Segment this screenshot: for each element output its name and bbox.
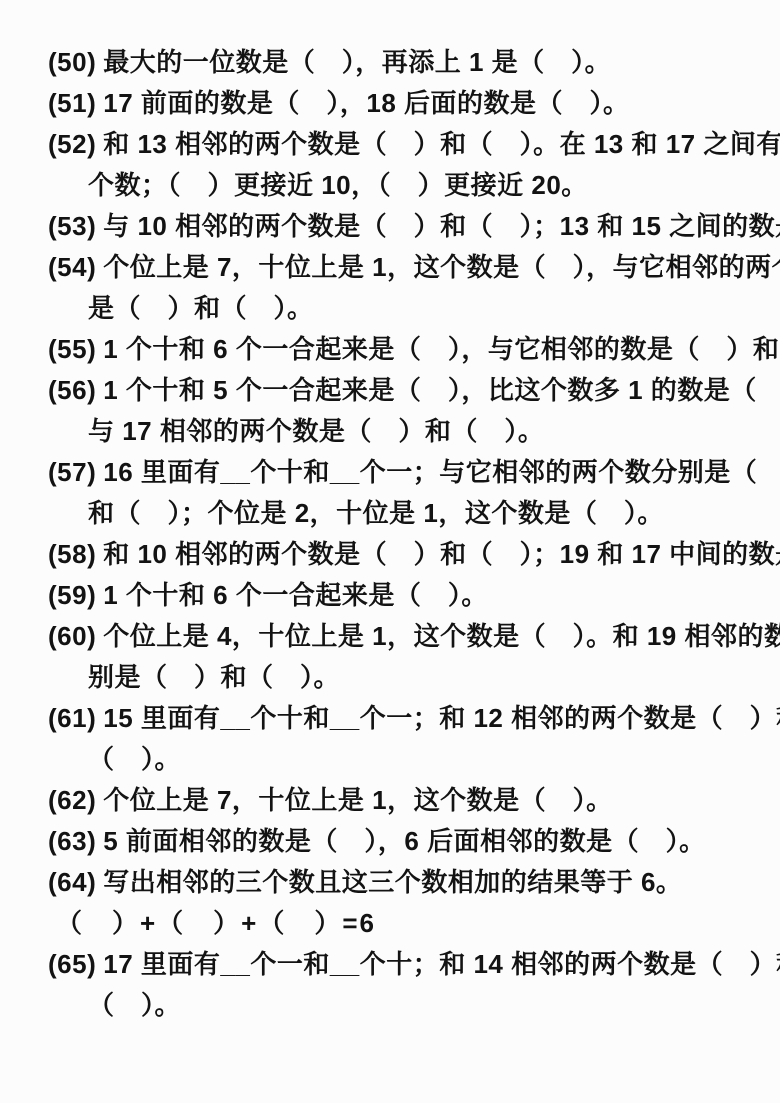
question-63: (63)5 前面相邻的数是（ ），6 后面相邻的数是（ ）。 <box>48 821 760 862</box>
question-55-text: 1 个十和 6 个一合起来是（ ），与它相邻的数是（ ）和（ ）。 <box>103 334 780 364</box>
question-59-text: 1 个十和 6 个一合起来是（ ）。 <box>103 580 488 610</box>
question-62-number: (62) <box>48 785 96 815</box>
question-63-text: 5 前面相邻的数是（ ），6 后面相邻的数是（ ）。 <box>103 826 705 856</box>
question-62: (62)个位上是 7，十位上是 1，这个数是（ ）。 <box>48 780 760 821</box>
question-56-line-1: (56)1 个十和 5 个一合起来是（ ），比这个数多 1 的数是（ ）， <box>48 370 760 411</box>
question-59-line-1: (59)1 个十和 6 个一合起来是（ ）。 <box>48 575 760 616</box>
question-65-number: (65) <box>48 949 96 979</box>
question-65-text: 17 里面有__个一和__个十；和 14 相邻的两个数是（ ）和 <box>103 949 780 979</box>
question-50-line-1: (50)最大的一位数是（ ），再添上 1 是（ ）。 <box>48 42 760 83</box>
question-60-text: 个位上是 4，十位上是 1，这个数是（ ）。和 19 相邻的数分 <box>103 621 780 651</box>
worksheet-page: (50)最大的一位数是（ ），再添上 1 是（ ）。 (51)17 前面的数是（… <box>0 0 780 1103</box>
question-54-line-1: (54)个位上是 7，十位上是 1，这个数是（ ），与它相邻的两个数 <box>48 247 760 288</box>
question-55-number: (55) <box>48 334 96 364</box>
question-65-line-2: （ ）。 <box>48 985 760 1026</box>
question-61-number: (61) <box>48 703 96 733</box>
question-64: (64)写出相邻的三个数且这三个数相加的结果等于 6。 （ ）+（ ）+（ ）=… <box>48 862 760 944</box>
question-61: (61)15 里面有__个十和__个一；和 12 相邻的两个数是（ ）和 （ ）… <box>48 698 760 780</box>
question-58-text: 和 10 相邻的两个数是（ ）和（ ）；19 和 17 中间的数是（ ）。 <box>103 539 780 569</box>
question-56: (56)1 个十和 5 个一合起来是（ ），比这个数多 1 的数是（ ）， 与 … <box>48 370 760 452</box>
question-61-line-2: （ ）。 <box>48 739 760 780</box>
question-61-text: 15 里面有__个十和__个一；和 12 相邻的两个数是（ ）和 <box>103 703 780 733</box>
question-55: (55)1 个十和 6 个一合起来是（ ），与它相邻的数是（ ）和（ ）。 <box>48 329 760 370</box>
question-50: (50)最大的一位数是（ ），再添上 1 是（ ）。 <box>48 42 760 83</box>
question-52-text: 和 13 相邻的两个数是（ ）和（ ）。在 13 和 17 之间有（ ） <box>103 129 780 159</box>
question-56-line-2: 与 17 相邻的两个数是（ ）和（ ）。 <box>48 411 760 452</box>
question-58: (58)和 10 相邻的两个数是（ ）和（ ）；19 和 17 中间的数是（ ）… <box>48 534 760 575</box>
question-55-line-1: (55)1 个十和 6 个一合起来是（ ），与它相邻的数是（ ）和（ ）。 <box>48 329 760 370</box>
question-51-line-1: (51)17 前面的数是（ ），18 后面的数是（ ）。 <box>48 83 760 124</box>
question-59-number: (59) <box>48 580 96 610</box>
question-57-text: 16 里面有__个十和__个一；与它相邻的两个数分别是（ ） <box>103 457 780 487</box>
question-64-text: 写出相邻的三个数且这三个数相加的结果等于 6。 <box>103 867 682 897</box>
question-59: (59)1 个十和 6 个一合起来是（ ）。 <box>48 575 760 616</box>
question-52-line-1: (52)和 13 相邻的两个数是（ ）和（ ）。在 13 和 17 之间有（ ） <box>48 124 760 165</box>
question-62-line-1: (62)个位上是 7，十位上是 1，这个数是（ ）。 <box>48 780 760 821</box>
question-60: (60)个位上是 4，十位上是 1，这个数是（ ）。和 19 相邻的数分 别是（… <box>48 616 760 698</box>
question-58-number: (58) <box>48 539 96 569</box>
question-51-number: (51) <box>48 88 96 118</box>
question-65-line-1: (65)17 里面有__个一和__个十；和 14 相邻的两个数是（ ）和 <box>48 944 760 985</box>
question-53-number: (53) <box>48 211 96 241</box>
question-56-text: 1 个十和 5 个一合起来是（ ），比这个数多 1 的数是（ ）， <box>103 375 780 405</box>
question-64-line-1: (64)写出相邻的三个数且这三个数相加的结果等于 6。 <box>48 862 760 903</box>
question-52: (52)和 13 相邻的两个数是（ ）和（ ）。在 13 和 17 之间有（ ）… <box>48 124 760 206</box>
question-53: (53)与 10 相邻的两个数是（ ）和（ ）；13 和 15 之间的数是（ ）… <box>48 206 760 247</box>
question-54-number: (54) <box>48 252 96 282</box>
question-64-equation: （ ）+（ ）+（ ）=6 <box>48 903 760 944</box>
question-57-line-2: 和（ ）；个位是 2，十位是 1，这个数是（ ）。 <box>48 493 760 534</box>
question-63-number: (63) <box>48 826 96 856</box>
question-50-number: (50) <box>48 47 96 77</box>
question-58-line-1: (58)和 10 相邻的两个数是（ ）和（ ）；19 和 17 中间的数是（ ）… <box>48 534 760 575</box>
question-57-number: (57) <box>48 457 96 487</box>
question-63-line-1: (63)5 前面相邻的数是（ ），6 后面相邻的数是（ ）。 <box>48 821 760 862</box>
question-53-line-1: (53)与 10 相邻的两个数是（ ）和（ ）；13 和 15 之间的数是（ ）… <box>48 206 760 247</box>
question-60-number: (60) <box>48 621 96 651</box>
question-51: (51)17 前面的数是（ ），18 后面的数是（ ）。 <box>48 83 760 124</box>
question-64-number: (64) <box>48 867 96 897</box>
question-52-number: (52) <box>48 129 96 159</box>
question-56-number: (56) <box>48 375 96 405</box>
question-53-text: 与 10 相邻的两个数是（ ）和（ ）；13 和 15 之间的数是（ ）。 <box>103 211 780 241</box>
question-57: (57)16 里面有__个十和__个一；与它相邻的两个数分别是（ ） 和（ ）；… <box>48 452 760 534</box>
question-54-text: 个位上是 7，十位上是 1，这个数是（ ），与它相邻的两个数 <box>103 252 780 282</box>
question-54: (54)个位上是 7，十位上是 1，这个数是（ ），与它相邻的两个数 是（ ）和… <box>48 247 760 329</box>
question-54-line-2: 是（ ）和（ ）。 <box>48 288 760 329</box>
question-60-line-2: 别是（ ）和（ ）。 <box>48 657 760 698</box>
question-51-text: 17 前面的数是（ ），18 后面的数是（ ）。 <box>103 88 629 118</box>
question-62-text: 个位上是 7，十位上是 1，这个数是（ ）。 <box>103 785 612 815</box>
question-50-text: 最大的一位数是（ ），再添上 1 是（ ）。 <box>103 47 611 77</box>
question-60-line-1: (60)个位上是 4，十位上是 1，这个数是（ ）。和 19 相邻的数分 <box>48 616 760 657</box>
question-65: (65)17 里面有__个一和__个十；和 14 相邻的两个数是（ ）和 （ ）… <box>48 944 760 1026</box>
question-61-line-1: (61)15 里面有__个十和__个一；和 12 相邻的两个数是（ ）和 <box>48 698 760 739</box>
question-57-line-1: (57)16 里面有__个十和__个一；与它相邻的两个数分别是（ ） <box>48 452 760 493</box>
question-52-line-2: 个数；（ ）更接近 10，（ ）更接近 20。 <box>48 165 760 206</box>
